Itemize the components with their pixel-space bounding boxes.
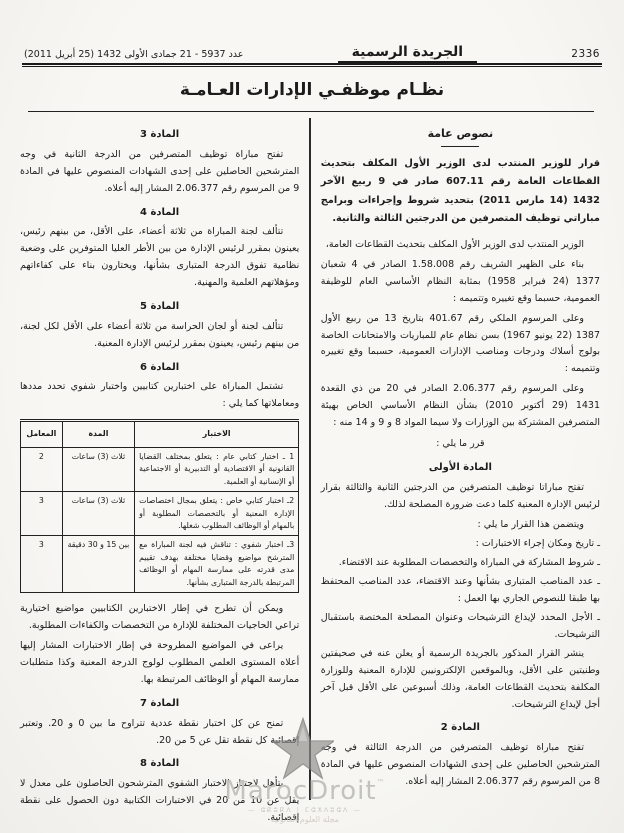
- decree-heading: قرار للوزير المنتدب لدى الوزير الأول الم…: [321, 155, 600, 229]
- column-left: المادة 3 تفتح مباراة توظيف المتصرفين من …: [20, 118, 309, 800]
- section-heading: نصوص عامة: [321, 124, 600, 144]
- article-8-paragraph: يتأهل لاجتياز الاختبار الشفوي المترشحون …: [20, 776, 299, 827]
- article-6-paragraph: تشتمل المباراة على اختبارين كتابيين واخت…: [20, 379, 299, 413]
- exam-cell-coefficient: 2: [21, 447, 63, 491]
- decision-line: قرر ما يلي :: [321, 436, 600, 453]
- article-3-paragraph: تفتح مباراة توظيف المتصرفين من الدرجة ال…: [20, 147, 299, 198]
- article-1-list-item: ـ تاريخ ومكان إجراء الاختبارات :: [321, 536, 600, 553]
- exam-table-header-coefficient: المعامل: [21, 421, 63, 447]
- exam-table-header-row: الاختبار المدة المعامل: [21, 421, 299, 447]
- exam-table-row: 1 ـ اختبار كتابي عام : يتعلق بمختلف القض…: [21, 447, 299, 491]
- article-1-list-item: ـ شروط المشاركة في المباراة والتخصصات ال…: [321, 555, 600, 572]
- exam-cell-duration: ثلاث (3) ساعات: [62, 492, 134, 536]
- article-1-list-item: ـ عدد المناصب المتبارى بشأنها وعند الاقت…: [321, 574, 600, 608]
- after-table-paragraph: يراعى في المواضيع المطروحة في إطار الاخت…: [20, 638, 299, 689]
- article-7-paragraph: تمنح عن كل اختبار نقطة عددية تتراوح ما ب…: [20, 716, 299, 750]
- column-right: نصوص عامة قرار للوزير المنتدب لدى الوزير…: [311, 118, 600, 800]
- article-1-paragraph: ويتضمن هذا القرار ما يلي :: [321, 517, 600, 534]
- exam-cell-coefficient: 3: [21, 492, 63, 536]
- article-1-paragraph: تفتح مباراتا توظيف المتصرفين من الدرجتين…: [321, 480, 600, 514]
- exam-table: الاختبار المدة المعامل 1 ـ اختبار كتابي …: [20, 419, 299, 593]
- article-2-heading: المادة 2: [321, 719, 600, 737]
- section-heading-rule: [441, 146, 479, 147]
- gazette-title: الجريدة الرسمية: [338, 44, 477, 63]
- after-table-paragraph: ويمكن أن تطرح في إطار الاختبارين الكتابي…: [20, 601, 299, 635]
- issue-info: عدد 5937 - 21 جمادى الأولى 1432 (25 أبري…: [24, 49, 243, 60]
- article-1-list-item: ـ الأجل المحدد لإيداع الترشيحات وعنوان ا…: [321, 610, 600, 644]
- exam-table-header-duration: المدة: [62, 421, 134, 447]
- article-1-closing-paragraph: ينشر القرار المذكور بالجريدة الرسمية أو …: [321, 646, 600, 714]
- preamble-paragraph: وعلى المرسوم الملكي رقم 401.67 بتاريخ 13…: [321, 311, 600, 379]
- columns-container: نصوص عامة قرار للوزير المنتدب لدى الوزير…: [0, 112, 624, 800]
- article-5-heading: المادة 5: [20, 298, 299, 316]
- exam-cell-description: 1 ـ اختبار كتابي عام : يتعلق بمختلف القض…: [135, 447, 299, 491]
- article-4-heading: المادة 4: [20, 204, 299, 222]
- moroccan-star-icon: [272, 712, 334, 786]
- column-divider: [309, 118, 311, 800]
- exam-cell-duration: ثلاث (3) ساعات: [62, 447, 134, 491]
- article-3-heading: المادة 3: [20, 126, 299, 144]
- exam-table-row: 3ـ اختبار شفوي : تناقش فيه لجنة المباراة…: [21, 536, 299, 593]
- document-title: نظـام موظفـي الإدارات العـامـة: [0, 80, 624, 100]
- preamble-paragraph: وعلى المرسوم رقم 2.06.377 الصادر في 20 م…: [321, 381, 600, 432]
- page-number: 2336: [571, 48, 600, 60]
- page-header: 2336 الجريدة الرسمية عدد 5937 - 21 جمادى…: [0, 0, 624, 60]
- article-1-heading: المادة الأولى: [321, 459, 600, 477]
- exam-cell-description: 3ـ اختبار شفوي : تناقش فيه لجنة المباراة…: [135, 536, 299, 593]
- exam-table-row: 2ـ اختبار كتابي خاص : يتعلق بمجال اختصاص…: [21, 492, 299, 536]
- article-8-heading: المادة 8: [20, 755, 299, 773]
- exam-table-header-exam: الاختبار: [135, 421, 299, 447]
- article-4-paragraph: تتألف لجنة المباراة من ثلاثة أعضاء، على …: [20, 224, 299, 292]
- preamble-paragraph: الوزير المنتدب لدى الوزير الأول المكلف ب…: [321, 237, 600, 254]
- exam-cell-duration: بين 15 و 30 دقيقة: [62, 536, 134, 593]
- header-rule: [22, 63, 602, 67]
- exam-cell-description: 2ـ اختبار كتابي خاص : يتعلق بمجال اختصاص…: [135, 492, 299, 536]
- exam-cell-coefficient: 3: [21, 536, 63, 593]
- article-5-paragraph: تتألف لجنة أو لجان الحراسة من ثلاثة أعضا…: [20, 319, 299, 353]
- article-6-heading: المادة 6: [20, 359, 299, 377]
- article-7-heading: المادة 7: [20, 695, 299, 713]
- article-2-paragraph: تفتح مباراة توظيف المتصرفين من الدرجة ال…: [321, 740, 600, 791]
- gazette-page: 2336 الجريدة الرسمية عدد 5937 - 21 جمادى…: [0, 0, 624, 833]
- preamble-paragraph: بناء على الظهير الشريف رقم 1.58.008 الصا…: [321, 257, 600, 308]
